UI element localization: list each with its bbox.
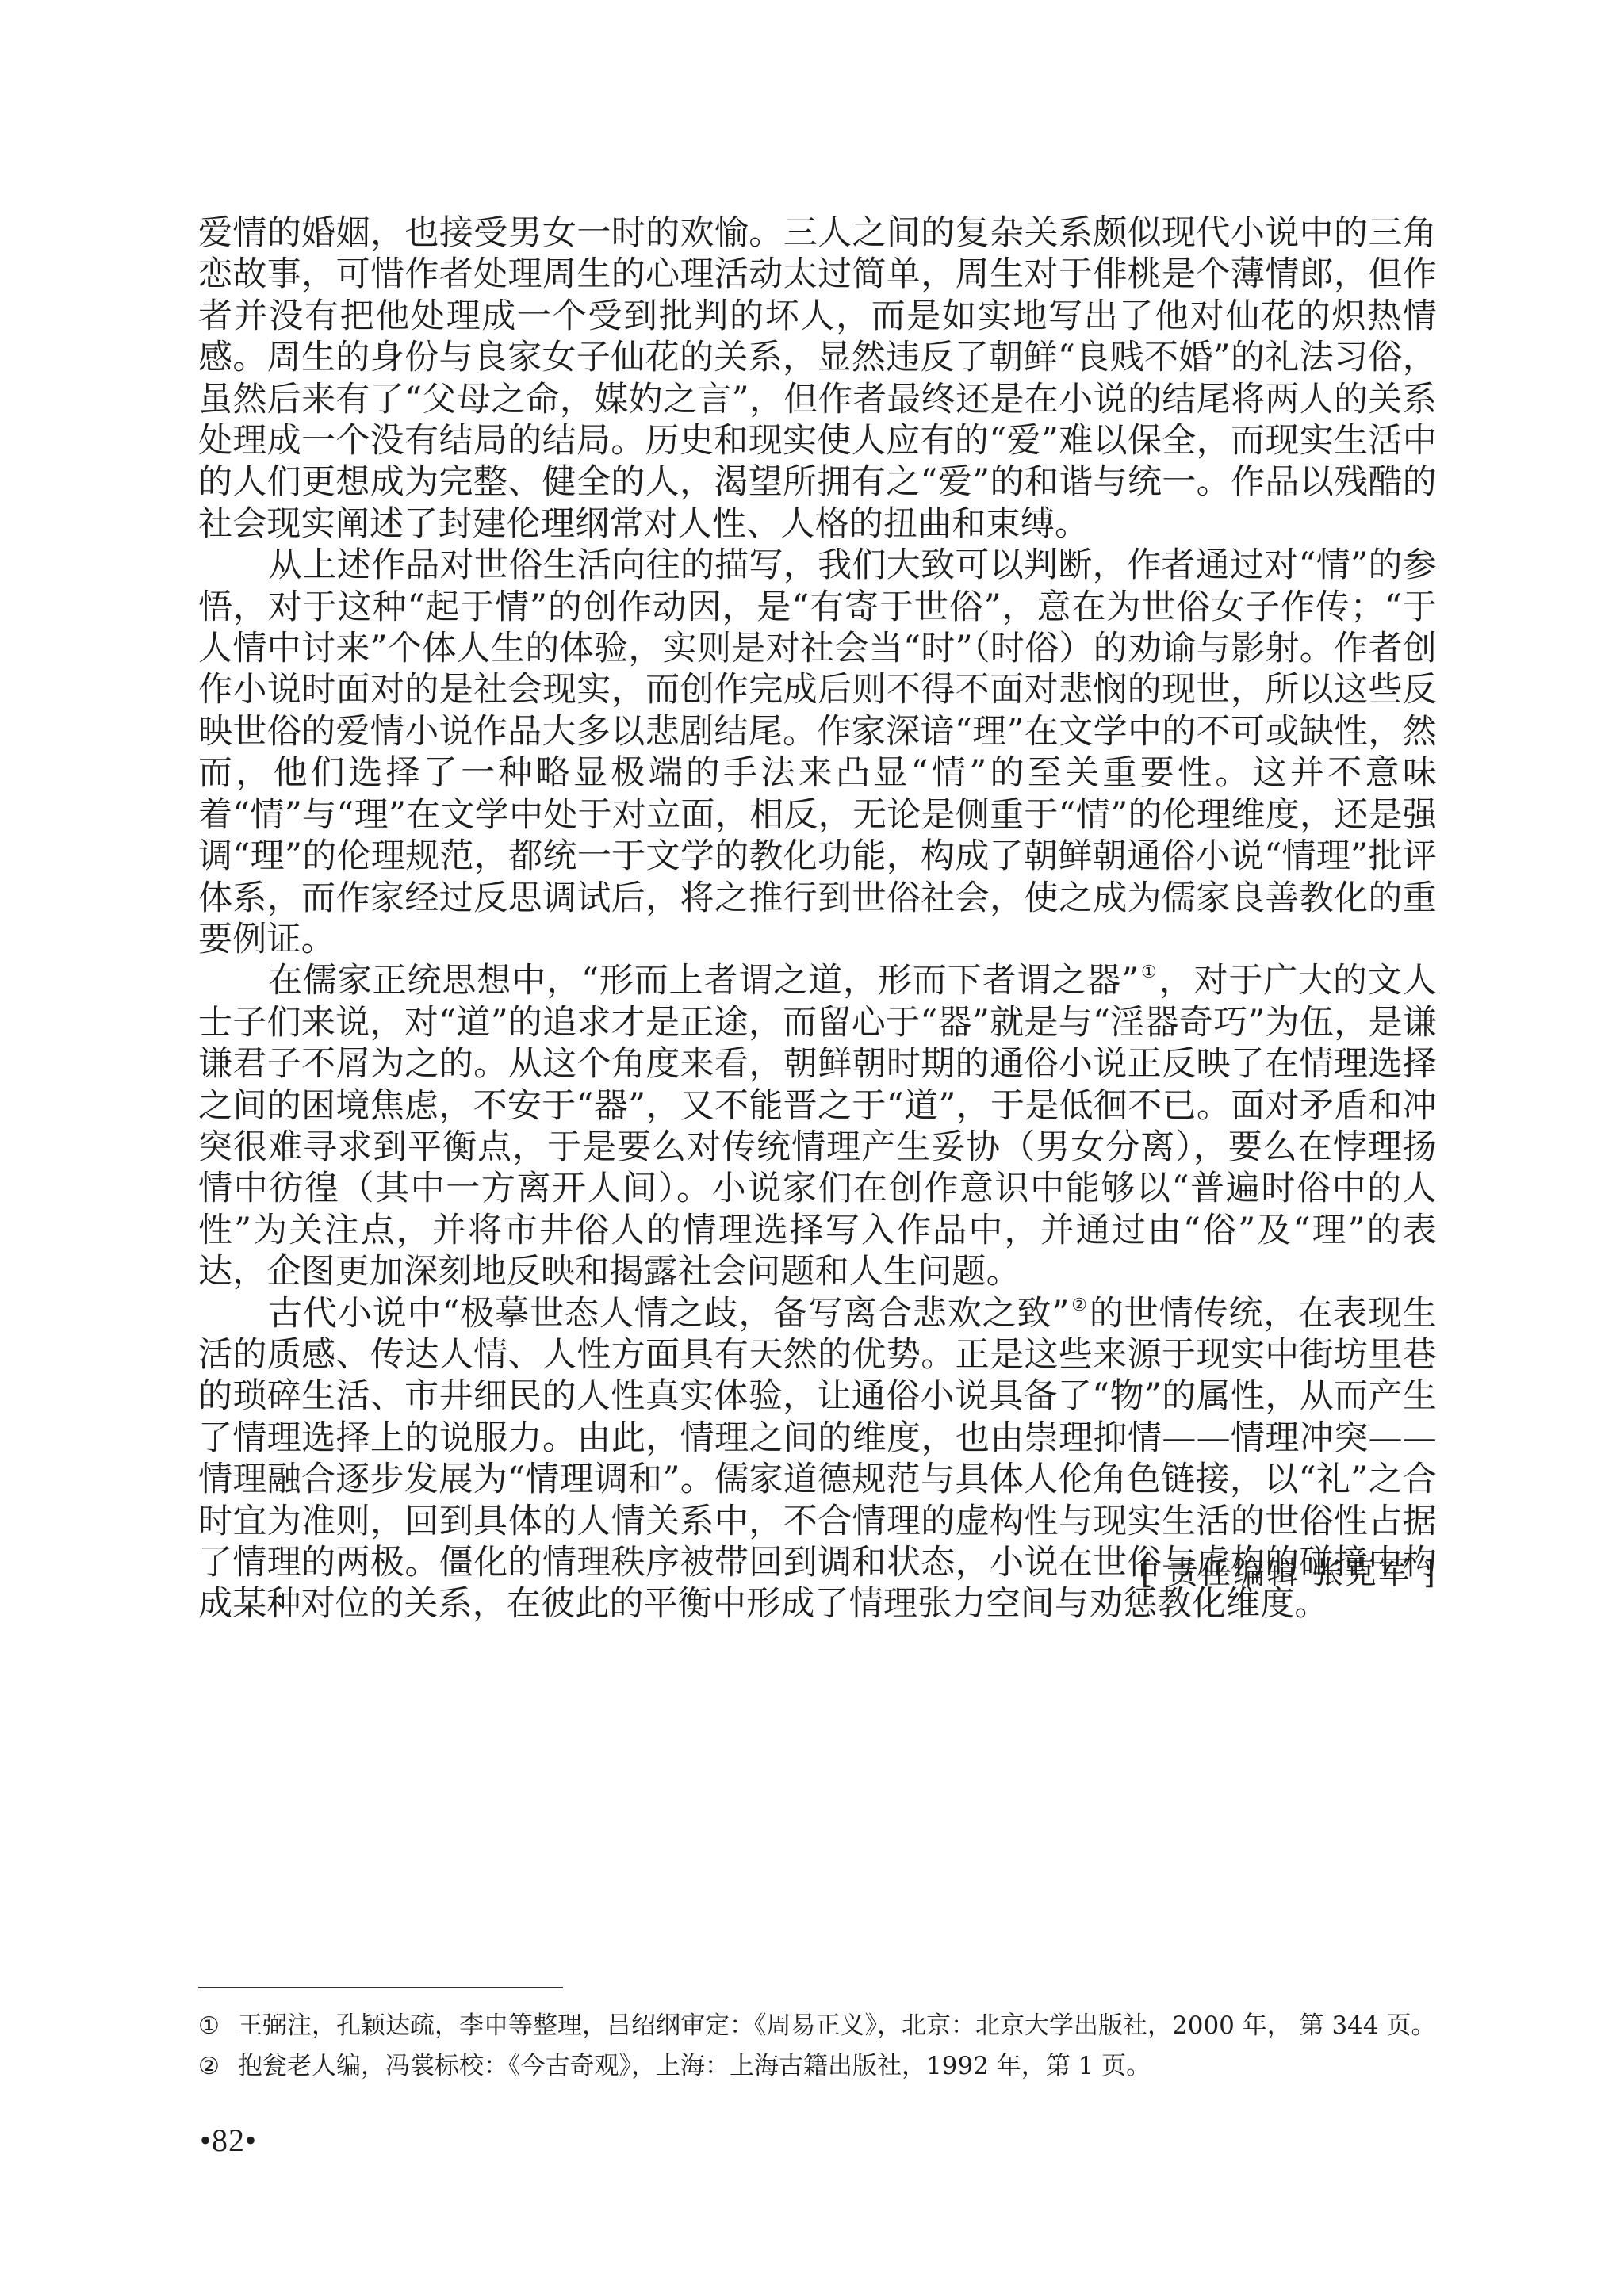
article-body: 爱情的婚姻，也接受男女一时的欢愉。三人之间的复杂关系颇似现代小说中的三角恋故事，…	[198, 212, 1437, 1625]
page-number: •82•	[200, 2122, 257, 2160]
paragraph-text: 在儒家正统思想中，“形而上者谓之道，形而下者谓之器”	[268, 961, 1139, 1001]
paragraph-text: 古代小说中“极摹世态人情之歧，备写离合悲欢之致”	[268, 1294, 1070, 1334]
footnote-mark: ②	[198, 2047, 238, 2087]
footnote-ref-1[interactable]: ①	[1140, 962, 1157, 982]
paragraph-3: 在儒家正统思想中，“形而上者谓之道，形而下者谓之器”①，对于广大的文人士子们来说…	[198, 960, 1437, 1292]
footnote-text: 抱瓮老人编，冯裳标校：《今古奇观》，上海：上海古籍出版社，1992 年，第 1 …	[238, 2046, 1151, 2086]
footnote-text: 王弼注，孔颖达疏，李申等整理，吕绍纲审定：《周易正义》，北京：北京大学出版社，2…	[238, 2006, 1435, 2045]
footnote-mark: ①	[198, 2007, 238, 2046]
footnote-divider	[198, 1987, 563, 1988]
paragraph-1: 爱情的婚姻，也接受男女一时的欢愉。三人之间的复杂关系颇似现代小说中的三角恋故事，…	[198, 212, 1437, 545]
responsible-editor-note: [ 责任编辑 张克军 ]	[1141, 1552, 1437, 1594]
paragraph-text: ，对于广大的文人士子们来说，对“道”的追求才是正途，而留心于“器”就是与“淫器奇…	[198, 961, 1437, 1291]
footnote-2: ② 抱瓮老人编，冯裳标校：《今古奇观》，上海：上海古籍出版社，1992 年，第 …	[198, 2046, 1467, 2087]
paragraph-text: 从上述作品对世俗生活向往的描写，我们大致可以判断，作者通过对“情”的参悟，对于这…	[198, 545, 1437, 959]
footnote-ref-2[interactable]: ②	[1071, 1295, 1088, 1315]
paragraph-text: 爱情的婚姻，也接受男女一时的欢愉。三人之间的复杂关系颇似现代小说中的三角恋故事，…	[198, 213, 1437, 544]
paragraph-2: 从上述作品对世俗生活向往的描写，我们大致可以判断，作者通过对“情”的参悟，对于这…	[198, 545, 1437, 960]
journal-page: 爱情的婚姻，也接受男女一时的欢愉。三人之间的复杂关系颇似现代小说中的三角恋故事，…	[0, 0, 1624, 2296]
footnote-1: ① 王弼注，孔颖达疏，李申等整理，吕绍纲审定：《周易正义》，北京：北京大学出版社…	[198, 2006, 1467, 2046]
footnotes: ① 王弼注，孔颖达疏，李申等整理，吕绍纲审定：《周易正义》，北京：北京大学出版社…	[198, 2006, 1467, 2087]
